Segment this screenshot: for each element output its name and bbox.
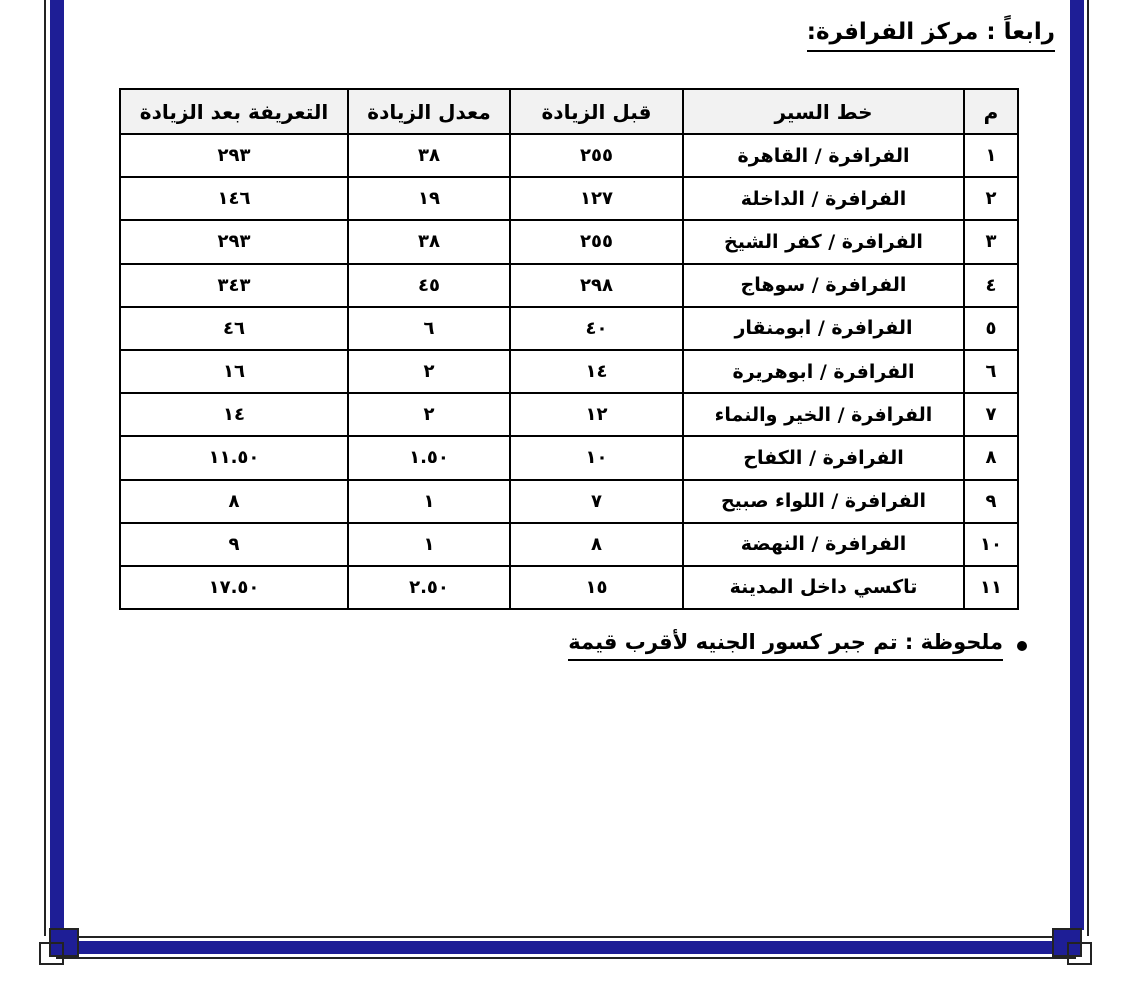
cell-rate: ٢.٥٠ <box>348 566 510 609</box>
cell-after: ١٤ <box>120 393 348 436</box>
cell-no: ١٠ <box>964 523 1018 566</box>
col-header-number: م <box>964 89 1018 134</box>
cell-route: الفرافرة / الكفاح <box>683 436 964 479</box>
cell-after: ٩ <box>120 523 348 566</box>
section-title: رابعاً : مركز الفرافرة: <box>807 19 1055 52</box>
table-row: ١٠الفرافرة / النهضة٨١٩ <box>120 523 1018 566</box>
cell-before: ٢٩٨ <box>510 264 683 307</box>
table-row: ٦الفرافرة / ابوهريرة١٤٢١٦ <box>120 350 1018 393</box>
table-row: ٨الفرافرة / الكفاح١٠١.٥٠١١.٥٠ <box>120 436 1018 479</box>
cell-no: ٣ <box>964 220 1018 263</box>
cell-after: ١٧.٥٠ <box>120 566 348 609</box>
table-body: ١الفرافرة / القاهرة٢٥٥٣٨٢٩٣٢الفرافرة / ا… <box>120 134 1018 609</box>
col-header-raise-rate: معدل الزيادة <box>348 89 510 134</box>
cell-rate: ١ <box>348 523 510 566</box>
table-row: ١١تاكسي داخل المدينة١٥٢.٥٠١٧.٥٠ <box>120 566 1018 609</box>
cell-before: ٤٠ <box>510 307 683 350</box>
cell-after: ١٦ <box>120 350 348 393</box>
col-header-tariff-after: التعريفة بعد الزيادة <box>120 89 348 134</box>
cell-no: ٢ <box>964 177 1018 220</box>
cell-rate: ٣٨ <box>348 134 510 177</box>
footnote: ملحوظة : تم جبر كسور الجنيه لأقرب قيمة <box>568 630 1027 661</box>
cell-rate: ٢ <box>348 350 510 393</box>
cell-before: ١٢ <box>510 393 683 436</box>
table-row: ٩الفرافرة / اللواء صبيح٧١٨ <box>120 480 1018 523</box>
cell-before: ٨ <box>510 523 683 566</box>
cell-before: ١٢٧ <box>510 177 683 220</box>
bullet-icon <box>1017 641 1027 651</box>
page-border-right-navy-bar <box>1070 0 1084 930</box>
cell-after: ١١.٥٠ <box>120 436 348 479</box>
cell-after: ٢٩٣ <box>120 220 348 263</box>
cell-route: الفرافرة / سوهاج <box>683 264 964 307</box>
cell-before: ٧ <box>510 480 683 523</box>
page-border-left-navy-bar <box>50 0 64 930</box>
table-row: ٥الفرافرة / ابومنقار٤٠٦٤٦ <box>120 307 1018 350</box>
cell-route: الفرافرة / كفر الشيخ <box>683 220 964 263</box>
cell-after: ٨ <box>120 480 348 523</box>
cell-route: الفرافرة / النهضة <box>683 523 964 566</box>
cell-no: ٦ <box>964 350 1018 393</box>
table-row: ٧الفرافرة / الخير والنماء١٢٢١٤ <box>120 393 1018 436</box>
col-header-route: خط السير <box>683 89 964 134</box>
cell-before: ٢٥٥ <box>510 220 683 263</box>
page-border-bottom-thin-line-lower <box>56 957 1076 959</box>
cell-rate: ١.٥٠ <box>348 436 510 479</box>
cell-rate: ١٩ <box>348 177 510 220</box>
cell-rate: ٦ <box>348 307 510 350</box>
cell-after: ٤٦ <box>120 307 348 350</box>
table-header-row: م خط السير قبل الزيادة معدل الزيادة التع… <box>120 89 1018 134</box>
cell-no: ٥ <box>964 307 1018 350</box>
cell-after: ١٤٦ <box>120 177 348 220</box>
cell-route: الفرافرة / ابوهريرة <box>683 350 964 393</box>
cell-rate: ٣٨ <box>348 220 510 263</box>
footnote-text: ملحوظة : تم جبر كسور الجنيه لأقرب قيمة <box>568 630 1003 661</box>
document-page: رابعاً : مركز الفرافرة: م خط السير قبل ا… <box>0 0 1131 990</box>
table-row: ١الفرافرة / القاهرة٢٥٥٣٨٢٩٣ <box>120 134 1018 177</box>
cell-rate: ٤٥ <box>348 264 510 307</box>
cell-no: ١١ <box>964 566 1018 609</box>
table-row: ٤الفرافرة / سوهاج٢٩٨٤٥٣٤٣ <box>120 264 1018 307</box>
page-border-bottom-navy-bar <box>74 941 1056 954</box>
cell-before: ١٤ <box>510 350 683 393</box>
cell-before: ١٥ <box>510 566 683 609</box>
cell-route: الفرافرة / ابومنقار <box>683 307 964 350</box>
page-border-left-thin-line <box>44 0 46 936</box>
cell-no: ٤ <box>964 264 1018 307</box>
corner-knot-bottom-right-white <box>1067 942 1092 965</box>
table-row: ٢الفرافرة / الداخلة١٢٧١٩١٤٦ <box>120 177 1018 220</box>
cell-rate: ٢ <box>348 393 510 436</box>
cell-after: ٢٩٣ <box>120 134 348 177</box>
col-header-before-raise: قبل الزيادة <box>510 89 683 134</box>
cell-before: ١٠ <box>510 436 683 479</box>
cell-no: ١ <box>964 134 1018 177</box>
cell-route: الفرافرة / القاهرة <box>683 134 964 177</box>
page-border-right-thin-line <box>1087 0 1089 936</box>
cell-route: تاكسي داخل المدينة <box>683 566 964 609</box>
cell-route: الفرافرة / الخير والنماء <box>683 393 964 436</box>
cell-after: ٣٤٣ <box>120 264 348 307</box>
fare-table: م خط السير قبل الزيادة معدل الزيادة التع… <box>119 88 1019 610</box>
cell-no: ٩ <box>964 480 1018 523</box>
corner-knot-bottom-left-white <box>39 942 64 965</box>
table-row: ٣الفرافرة / كفر الشيخ٢٥٥٣٨٢٩٣ <box>120 220 1018 263</box>
cell-rate: ١ <box>348 480 510 523</box>
cell-no: ٨ <box>964 436 1018 479</box>
cell-route: الفرافرة / اللواء صبيح <box>683 480 964 523</box>
cell-no: ٧ <box>964 393 1018 436</box>
cell-route: الفرافرة / الداخلة <box>683 177 964 220</box>
cell-before: ٢٥٥ <box>510 134 683 177</box>
page-border-bottom-thin-line-upper <box>66 936 1064 938</box>
